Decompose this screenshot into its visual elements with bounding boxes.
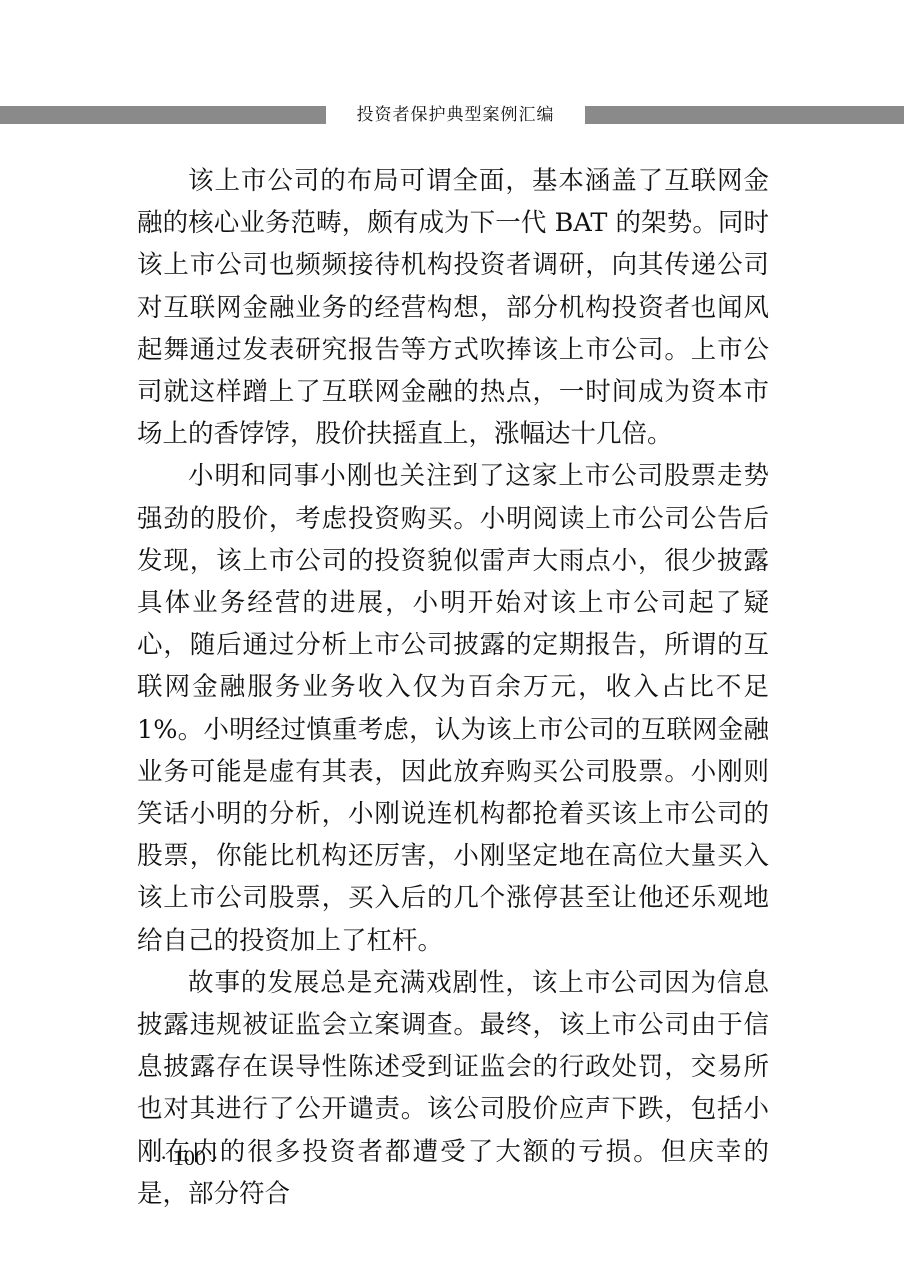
paragraph: 该上市公司的布局可谓全面，基本涵盖了互联网金融的核心业务范畴，颇有成为下一代 B… [137,160,769,455]
paragraph: 故事的发展总是充满戏剧性，该上市公司因为信息披露违规被证监会立案调查。最终，该上… [137,962,769,1215]
header-bar-left [0,106,326,124]
header-bar-right [585,106,904,124]
running-header-title: 投资者保护典型案例汇编 [326,103,585,127]
paragraph: 小明和同事小刚也关注到了这家上市公司股票走势强劲的股价，考虑投资购买。小明阅读上… [137,455,769,961]
page-number: · 100 · [160,1145,219,1171]
body-text: 该上市公司的布局可谓全面，基本涵盖了互联网金融的核心业务范畴，颇有成为下一代 B… [137,160,769,1215]
